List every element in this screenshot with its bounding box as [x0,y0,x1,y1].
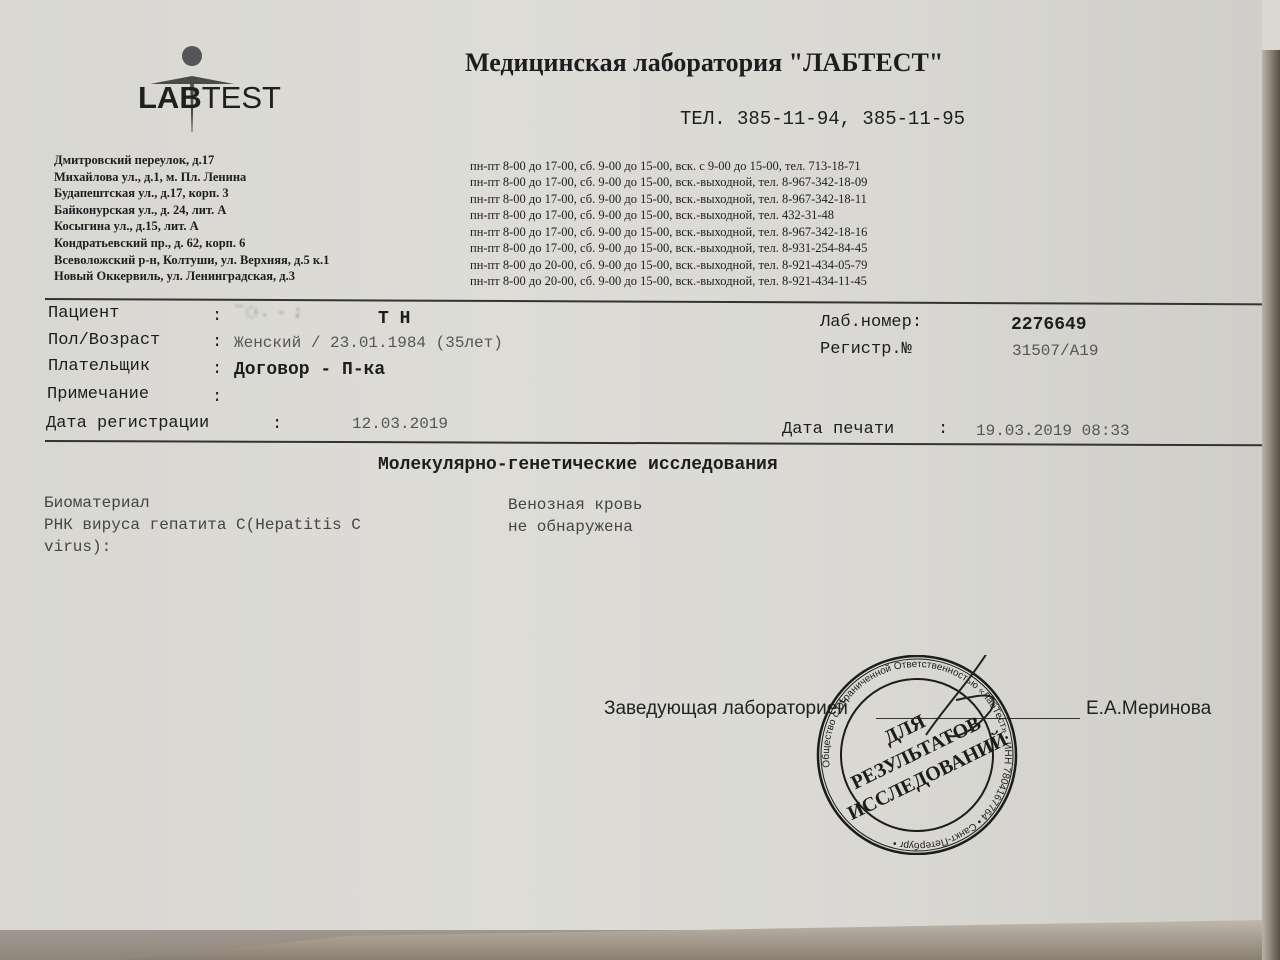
colon: : [212,360,222,379]
payer-value: Договор - П-ка [234,360,385,380]
divider [45,298,1270,305]
test-result: не обнаружена [508,518,633,536]
branch-hours: пн-пт 8-00 до 17-00, сб. 9-00 до 15-00, … [470,208,834,223]
colon: : [212,388,222,407]
colon: : [272,415,282,434]
reg-number-label: Регистр.№ [820,340,912,359]
section-title: Молекулярно-генетические исследования [378,455,778,475]
branch-address: Байконурская ул., д. 24, лит. А [54,203,226,218]
page-edge-shadow [1262,50,1280,960]
logo-wordmark: LABTEST [138,80,281,116]
reg-date-label: Дата регистрации [46,414,209,433]
branch-hours: пн-пт 8-00 до 17-00, сб. 9-00 до 15-00, … [470,159,861,174]
branch-address: Михайлова ул., д.1, м. Пл. Ленина [54,170,246,185]
reg-date-value: 12.03.2019 [352,415,448,433]
payer-label: Плательщик [48,357,150,376]
branch-hours: пн-пт 8-00 до 20-00, сб. 9-00 до 15-00, … [470,274,867,289]
branch-hours: пн-пт 8-00 до 17-00, сб. 9-00 до 15-00, … [470,225,867,240]
round-stamp-icon: Общество с Ограниченной Ответственностью… [806,655,1028,855]
branch-hours: пн-пт 8-00 до 17-00, сб. 9-00 до 15-00, … [470,175,867,190]
test-label-cont: virus): [44,538,111,556]
lab-phones: ТЕЛ. 385-11-94, 385-11-95 [680,108,965,130]
print-date-value: 19.03.2019 08:33 [976,422,1130,440]
reg-number-value: 31507/A19 [1012,342,1098,360]
branch-address: Косыгина ул., д.15, лит. А [54,219,199,234]
lab-number-value: 2276649 [1011,315,1087,335]
divider [45,440,1270,446]
branch-address: Будапештская ул., д.17, корп. 3 [54,186,229,201]
patient-name-redacted: ‾ ҉·. ‐ ; [235,305,302,321]
branch-address: Новый Оккервиль, ул. Ленинградская, д.3 [54,269,295,284]
logo-text-bold: LAB [138,80,202,115]
branch-hours: пн-пт 8-00 до 17-00, сб. 9-00 до 15-00, … [470,241,867,256]
branch-hours: пн-пт 8-00 до 20-00, сб. 9-00 до 15-00, … [470,258,867,273]
lab-number-label: Лаб.номер: [820,313,922,332]
biomaterial-value: Венозная кровь [508,496,642,514]
labtest-logo: LABTEST [138,42,248,132]
sex-age-label: Пол/Возраст [48,331,160,350]
test-label: РНК вируса гепатита С(Hepatitis C [44,516,361,534]
patient-value: Т Н [378,309,410,329]
branch-address: Дмитровский переулок, д.17 [54,153,214,168]
note-label: Примечание [47,385,149,404]
print-date-label: Дата печати [782,420,894,439]
signatory-name: Е.А.Меринова [1086,698,1211,720]
lab-report-page: LABTEST Медицинская лаборатория "ЛАБТЕСТ… [0,0,1262,930]
branch-address: Всеволожский р-н, Колтуши, ул. Верхняя, … [54,253,329,268]
colon: : [212,333,222,352]
logo-text-light: TEST [202,80,281,115]
colon: : [212,307,222,326]
biomaterial-label: Биоматериал [44,494,150,512]
sex-age-value: Женский / 23.01.1984 (35лет) [234,334,503,352]
patient-label: Пациент [48,304,119,323]
branch-hours: пн-пт 8-00 до 17-00, сб. 9-00 до 15-00, … [470,192,867,207]
logo-figure-head-icon [182,46,202,66]
lab-title: Медицинская лаборатория "ЛАБТЕСТ" [465,48,943,78]
colon: : [938,420,948,439]
branch-address: Кондратьевский пр., д. 62, корп. 6 [54,236,245,251]
